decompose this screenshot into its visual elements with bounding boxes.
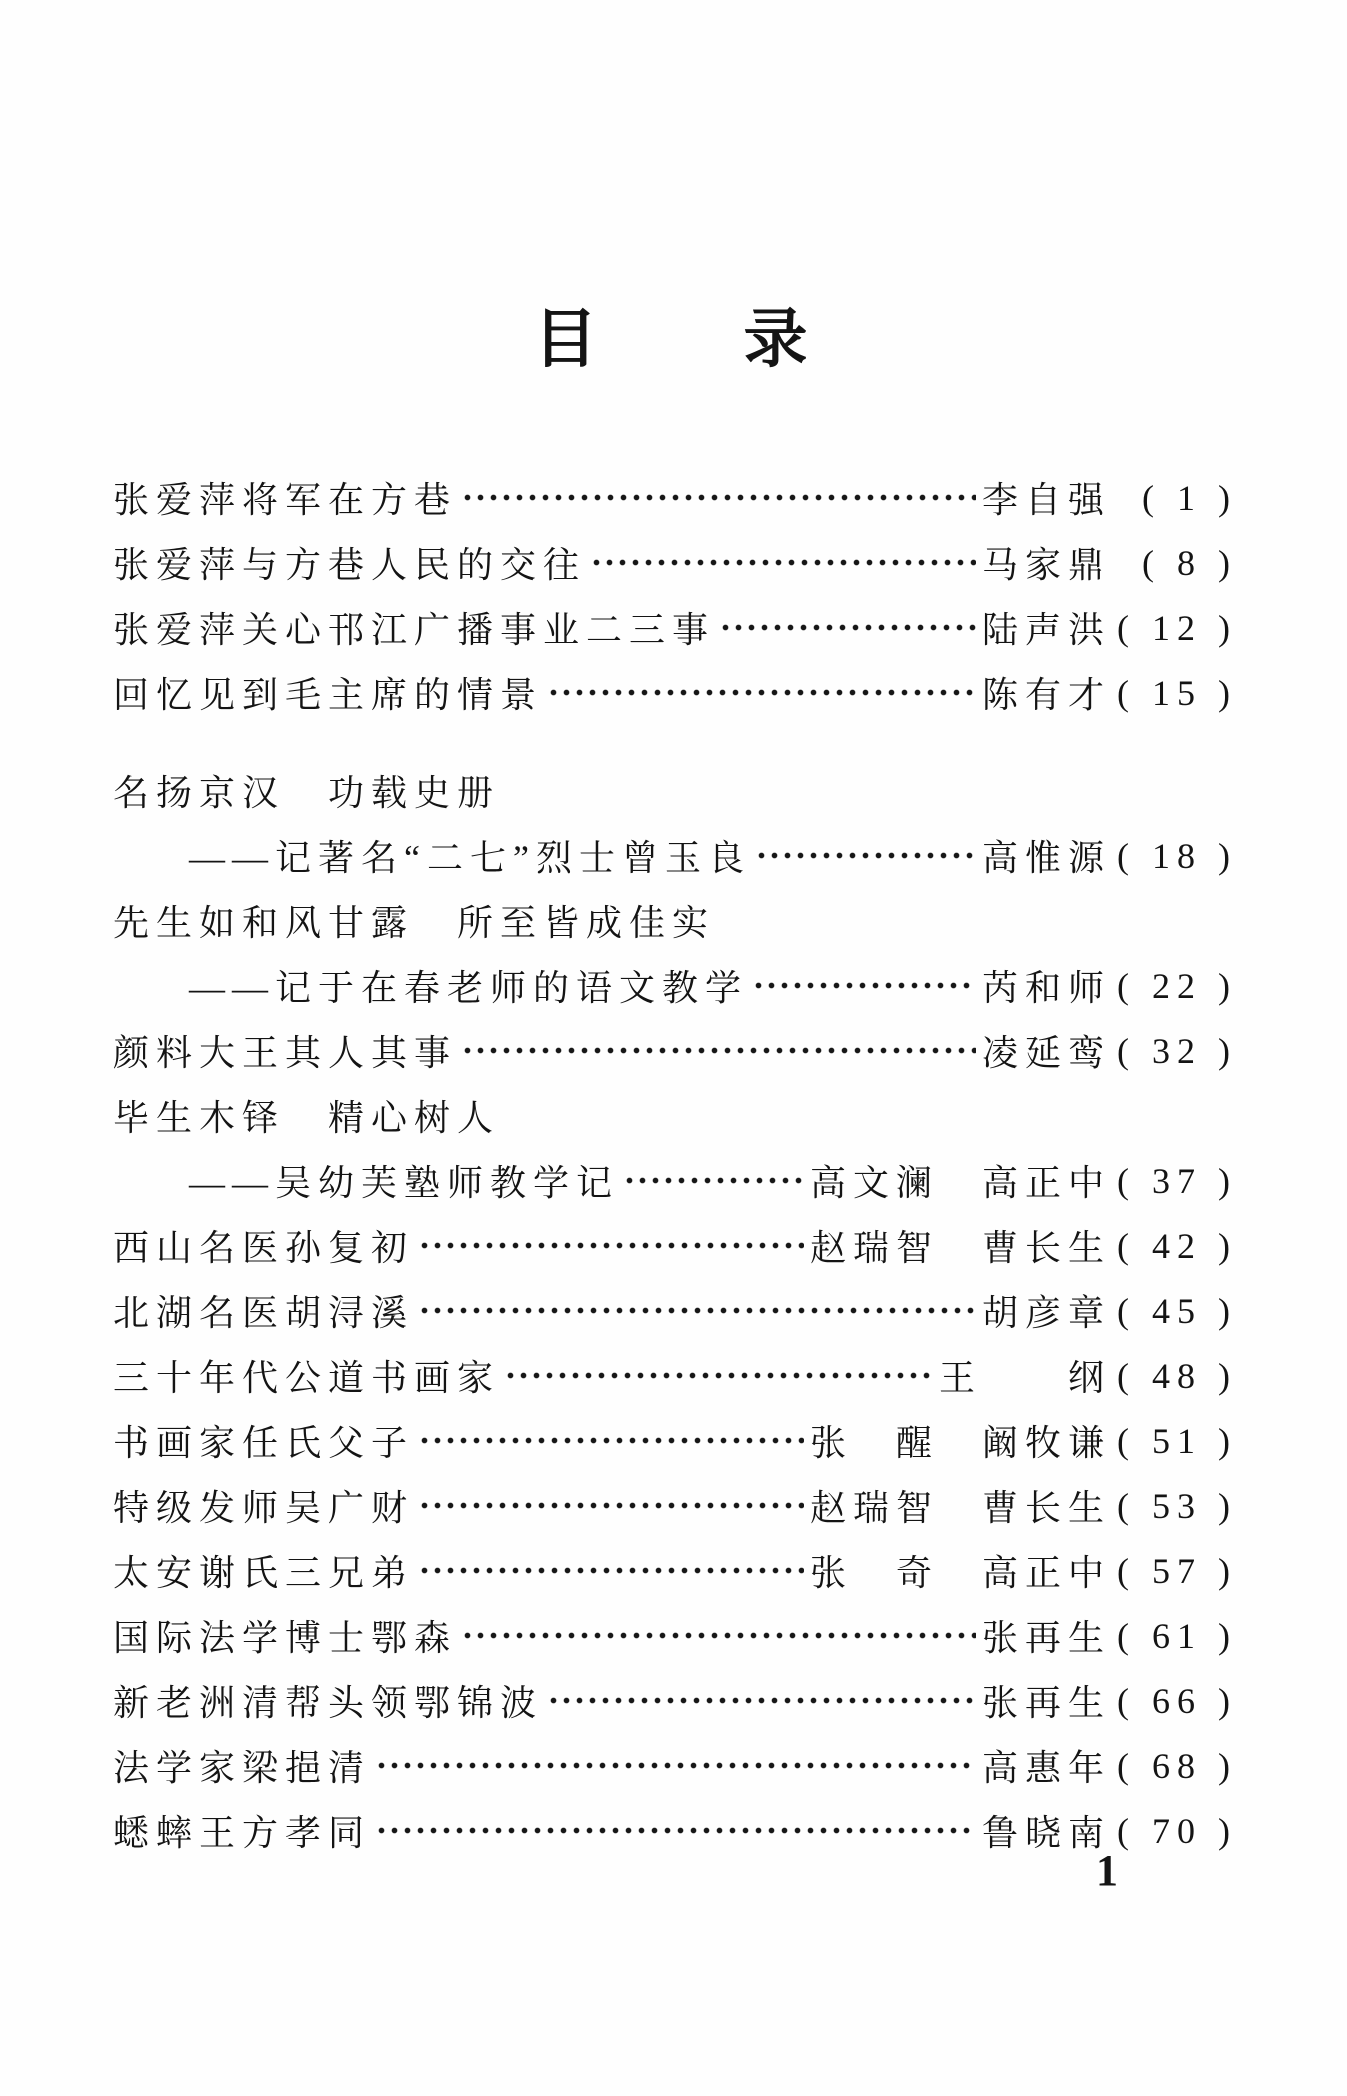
toc-section-heading: 名扬京汉 功载史册: [113, 758, 1237, 823]
entry-authors: 高惟源: [982, 830, 1111, 881]
entry-page-number: ( 42 ): [1115, 1225, 1237, 1267]
toc-entry: ——记著名“二七”烈士曾玉良高惟源( 18 ): [113, 823, 1237, 888]
entry-page-number: ( 1 ): [1115, 477, 1237, 519]
entry-page-number: ( 57 ): [1115, 1550, 1237, 1592]
dot-leader: [547, 1668, 976, 1733]
toc-entry: ——吴幼芙塾师教学记高文澜 高正中( 37 ): [113, 1148, 1237, 1213]
page-title: 目 录: [0, 288, 1347, 380]
entry-authors: 马家鼎: [982, 537, 1111, 588]
dot-leader: [418, 1408, 804, 1473]
entry-authors: 张 奇 高正中: [810, 1545, 1111, 1596]
entry-title: 张爱萍与方巷人民的交往: [113, 537, 586, 588]
dot-leader: [547, 660, 976, 725]
entry-title: 新老洲清帮头领鄂锦波: [113, 1675, 543, 1726]
entry-page-number: ( 68 ): [1115, 1745, 1237, 1787]
entry-authors: 赵瑞智 曹长生: [810, 1480, 1111, 1531]
toc-entry: 蟋蟀王方孝同鲁晓南( 70 ): [113, 1798, 1237, 1863]
entry-authors: 李自强: [982, 472, 1111, 523]
entry-authors: 张再生: [982, 1610, 1111, 1661]
toc-entry: 国际法学博士鄂森张再生( 61 ): [113, 1603, 1237, 1668]
entry-page-number: ( 8 ): [1115, 542, 1237, 584]
entry-title: 三十年代公道书画家: [113, 1350, 500, 1401]
dot-leader: [461, 1018, 976, 1083]
entry-page-number: ( 66 ): [1115, 1680, 1237, 1722]
entry-authors: 鲁晓南: [982, 1805, 1111, 1856]
entry-title: 先生如和风甘露 所至皆成佳实: [113, 895, 715, 946]
entry-authors: 赵瑞智 曹长生: [810, 1220, 1111, 1271]
entry-page-number: ( 61 ): [1115, 1615, 1237, 1657]
entry-authors: 王 纲: [939, 1350, 1111, 1401]
entry-title: 特级发师吴广财: [113, 1480, 414, 1531]
dot-leader: [375, 1798, 976, 1863]
entry-title: 颜料大王其人其事: [113, 1025, 457, 1076]
toc-entry: 特级发师吴广财赵瑞智 曹长生( 53 ): [113, 1473, 1237, 1538]
entry-authors: 芮和师: [982, 960, 1111, 1011]
dot-leader: [461, 1603, 976, 1668]
entry-title: 毕生木铎 精心树人: [113, 1090, 500, 1141]
dot-leader: [623, 1148, 804, 1213]
toc-entry: 三十年代公道书画家王 纲( 48 ): [113, 1343, 1237, 1408]
toc-entry: 太安谢氏三兄弟张 奇 高正中( 57 ): [113, 1538, 1237, 1603]
entry-page-number: ( 53 ): [1115, 1485, 1237, 1527]
dot-leader: [590, 530, 976, 595]
entry-authors: 高惠年: [982, 1740, 1111, 1791]
entry-page-number: ( 70 ): [1115, 1810, 1237, 1852]
entry-page-number: ( 32 ): [1115, 1030, 1237, 1072]
entry-page-number: ( 18 ): [1115, 835, 1237, 877]
dot-leader: [418, 1473, 804, 1538]
toc-section-heading: 先生如和风甘露 所至皆成佳实: [113, 888, 1237, 953]
entry-authors: 张再生: [982, 1675, 1111, 1726]
entry-page-number: ( 15 ): [1115, 672, 1237, 714]
entry-authors: 张 醒 阚牧谦: [810, 1415, 1111, 1466]
toc-entry: 北湖名医胡浔溪胡彦章( 45 ): [113, 1278, 1237, 1343]
entry-title: 张爱萍将军在方巷: [113, 472, 457, 523]
entry-title: 蟋蟀王方孝同: [113, 1805, 371, 1856]
toc-entry: 书画家任氏父子张 醒 阚牧谦( 51 ): [113, 1408, 1237, 1473]
toc-entry: 新老洲清帮头领鄂锦波张再生( 66 ): [113, 1668, 1237, 1733]
entry-title: ——记于在春老师的语文教学: [189, 960, 748, 1011]
dot-leader: [461, 465, 976, 530]
dot-leader: [719, 595, 976, 660]
folio-page-number: 1: [1096, 1845, 1118, 1896]
entry-title: 法学家梁挹清: [113, 1740, 371, 1791]
entry-page-number: ( 48 ): [1115, 1355, 1237, 1397]
entry-authors: 凌延鸾: [982, 1025, 1111, 1076]
toc-entry: ——记于在春老师的语文教学芮和师( 22 ): [113, 953, 1237, 1018]
entry-title: 回忆见到毛主席的情景: [113, 667, 543, 718]
toc-entry: 张爱萍将军在方巷李自强( 1 ): [113, 465, 1237, 530]
entry-title: ——吴幼芙塾师教学记: [189, 1155, 619, 1206]
entry-authors: 胡彦章: [982, 1285, 1111, 1336]
dot-leader: [418, 1538, 804, 1603]
toc-list: 张爱萍将军在方巷李自强( 1 )张爱萍与方巷人民的交往马家鼎( 8 )张爱萍关心…: [113, 465, 1237, 1863]
entry-authors: 陈有才: [982, 667, 1111, 718]
toc-entry: 回忆见到毛主席的情景陈有才( 15 ): [113, 660, 1237, 725]
dot-leader: [504, 1343, 933, 1408]
entry-title: 书画家任氏父子: [113, 1415, 414, 1466]
entry-page-number: ( 37 ): [1115, 1160, 1237, 1202]
entry-page-number: ( 45 ): [1115, 1290, 1237, 1332]
entry-title: 西山名医孙复初: [113, 1220, 414, 1271]
dot-leader: [375, 1733, 976, 1798]
entry-page-number: ( 12 ): [1115, 607, 1237, 649]
scanned-book-page: 目 录 张爱萍将军在方巷李自强( 1 )张爱萍与方巷人民的交往马家鼎( 8 )张…: [0, 0, 1347, 2096]
dot-leader: [752, 953, 976, 1018]
entry-page-number: ( 22 ): [1115, 965, 1237, 1007]
entry-title: ——记著名“二七”烈士曾玉良: [189, 830, 751, 881]
toc-entry: 颜料大王其人其事凌延鸾( 32 ): [113, 1018, 1237, 1083]
entry-title: 名扬京汉 功载史册: [113, 765, 500, 816]
toc-entry: 张爱萍与方巷人民的交往马家鼎( 8 ): [113, 530, 1237, 595]
toc-entry: 张爱萍关心邗江广播事业二三事陆声洪( 12 ): [113, 595, 1237, 660]
entry-authors: 高文澜 高正中: [810, 1155, 1111, 1206]
entry-title: 张爱萍关心邗江广播事业二三事: [113, 602, 715, 653]
dot-leader: [418, 1213, 804, 1278]
toc-entry: 西山名医孙复初赵瑞智 曹长生( 42 ): [113, 1213, 1237, 1278]
dot-leader: [755, 823, 976, 888]
entry-page-number: ( 51 ): [1115, 1420, 1237, 1462]
toc-entry: 法学家梁挹清高惠年( 68 ): [113, 1733, 1237, 1798]
toc-section-heading: 毕生木铎 精心树人: [113, 1083, 1237, 1148]
entry-title: 北湖名医胡浔溪: [113, 1285, 414, 1336]
entry-authors: 陆声洪: [982, 602, 1111, 653]
entry-title: 太安谢氏三兄弟: [113, 1545, 414, 1596]
entry-title: 国际法学博士鄂森: [113, 1610, 457, 1661]
dot-leader: [418, 1278, 976, 1343]
